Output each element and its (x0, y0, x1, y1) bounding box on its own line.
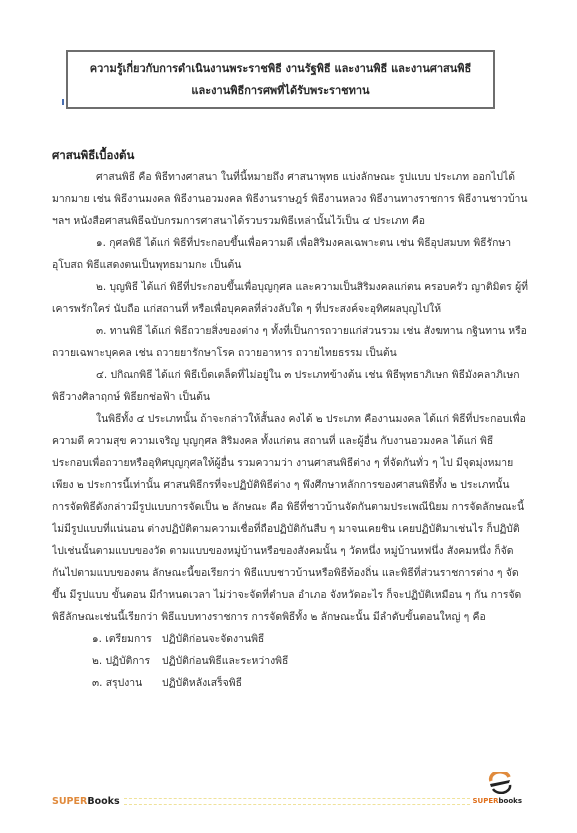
footer-brand: SUPERBooks (52, 796, 120, 807)
paragraph-line: ขึ้น มีรูปแบบ ขั้นตอน มีกำหนดเวลา ไม่ว่า… (52, 584, 528, 606)
document-title-line-2: และงานพิธีการศพที่ได้รับพระราชทาน (191, 80, 369, 102)
document-title-line-1: ความรู้เกี่ยวกับการดำเนินงานพระราชพิธี ง… (90, 58, 472, 80)
paragraph-line: ไม่มีรูปแบบที่แน่นอน ต่างปฏิบัติตามความเ… (52, 518, 528, 540)
type-item-1: ๑. กุศลพิธี ได้แก่ พิธีที่ประกอบขึ้นเพื่… (52, 232, 528, 276)
paragraph-line: ฯลฯ หนังสือศาสนพิธีฉบับกรมการศาสนาได้รวบ… (52, 210, 528, 232)
step-term: ๑. เตรียมการ (92, 628, 162, 650)
logo-books-text: books (499, 797, 522, 805)
section-heading: ศาสนพิธีเบื้องต้น (52, 144, 528, 166)
brand-books-text: Books (87, 796, 119, 807)
intro-paragraph: ศาสนพิธี คือ พิธีทางศาสนา ในที่นี้หมายถึ… (52, 166, 528, 232)
paragraph-line: ๑. กุศลพิธี ได้แก่ พิธีที่ประกอบขึ้นเพื่… (52, 232, 528, 254)
paragraph-line: เพียง ๒ ประการนี้เท่านั้น ศาสนพิธีกรที่จ… (52, 474, 528, 496)
paragraph-line: กันไปตามแบบของตน ลักษณะนี้ขอเรียกว่า พิธ… (52, 562, 528, 584)
brand-super-text: SUPER (52, 796, 87, 807)
type-item-4: ๔. ปกิณกพิธี ได้แก่ พิธีเบ็ดเตล็ดที่ไม่อ… (52, 364, 528, 408)
type-item-2: ๒. บุญพิธี ได้แก่ พิธีที่ประกอบขึ้นเพื่อ… (52, 276, 528, 320)
paragraph-line: พิธีลักษณะเช่นนี้เรียกว่า พิธีแบบทางราชก… (52, 606, 528, 628)
step-desc: ปฏิบัติก่อนจะจัดงานพิธี (162, 628, 264, 650)
summary-paragraph: ในพิธีทั้ง ๔ ประเภทนั้น ถ้าจะกล่าวให้สั้… (52, 408, 528, 628)
paragraph-line: พิธีวางศิลาฤกษ์ พิธียกช่อฟ้า เป็นต้น (52, 386, 528, 408)
step-item-3: ๓. สรุปงาน ปฏิบัติหลังเสร็จพิธี (52, 672, 528, 694)
step-desc: ปฏิบัติหลังเสร็จพิธี (162, 672, 242, 694)
step-item-1: ๑. เตรียมการ ปฏิบัติก่อนจะจัดงานพิธี (52, 628, 528, 650)
paragraph-line: ประกอบเพื่อถวายหรืออุทิศบุญกุศลให้ผู้อื่… (52, 452, 528, 474)
paragraph-line: การจัดพิธีดังกล่าวมีรูปแบบการจัดเป็น ๒ ล… (52, 496, 528, 518)
page-footer: SUPERBooks SUPERbooks (52, 794, 522, 808)
paragraph-line: ความดี ความสุข ความเจริญ บุญกุศล สิริมงค… (52, 430, 528, 452)
paragraph-line: เคารพรักใคร่ นับถือ แก่สถานที่ หรือเพื่อ… (52, 298, 528, 320)
paragraph-line: ในพิธีทั้ง ๔ ประเภทนั้น ถ้าจะกล่าวให้สั้… (52, 408, 528, 430)
document-body: ศาสนพิธีเบื้องต้น ศาสนพิธี คือ พิธีทางศา… (52, 144, 528, 694)
step-item-2: ๒. ปฏิบัติการ ปฏิบัติก่อนพิธีและระหว่างพ… (52, 650, 528, 672)
text-cursor-mark (62, 99, 64, 105)
paragraph-line: มากมาย เช่น พิธีงานมงคล พิธีงานอวมงคล พิ… (52, 188, 528, 210)
paragraph-line: ๒. บุญพิธี ได้แก่ พิธีที่ประกอบขึ้นเพื่อ… (52, 276, 528, 298)
step-term: ๓. สรุปงาน (92, 672, 162, 694)
logo-super-text: SUPER (473, 797, 499, 805)
step-desc: ปฏิบัติก่อนพิธีและระหว่างพิธี (162, 650, 288, 672)
paragraph-line: ๔. ปกิณกพิธี ได้แก่ พิธีเบ็ดเตล็ดที่ไม่อ… (52, 364, 528, 386)
type-item-3: ๓. ทานพิธี ได้แก่ พิธีถวายสิ่งของต่าง ๆ … (52, 320, 528, 364)
document-title-box: ความรู้เกี่ยวกับการดำเนินงานพระราชพิธี ง… (66, 50, 495, 109)
step-term: ๒. ปฏิบัติการ (92, 650, 162, 672)
superbooks-swoosh-logo-icon (485, 772, 515, 794)
paragraph-line: ไปเช่นนั้นตามแบบของวัด ตามแบบของหมู่บ้าน… (52, 540, 528, 562)
paragraph-line: ๓. ทานพิธี ได้แก่ พิธีถวายสิ่งของต่าง ๆ … (52, 320, 528, 342)
paragraph-line: อุโบสถ พิธีแสดงตนเป็นพุทธมามกะ เป็นต้น (52, 254, 528, 276)
footer-dashed-rule (124, 798, 470, 805)
paragraph-line: ศาสนพิธี คือ พิธีทางศาสนา ในที่นี้หมายถึ… (52, 166, 528, 188)
footer-logo-text: SUPERbooks (473, 797, 522, 805)
paragraph-line: ถวายเฉพาะบุคคล เช่น ถวายยารักษาโรค ถวายอ… (52, 342, 528, 364)
